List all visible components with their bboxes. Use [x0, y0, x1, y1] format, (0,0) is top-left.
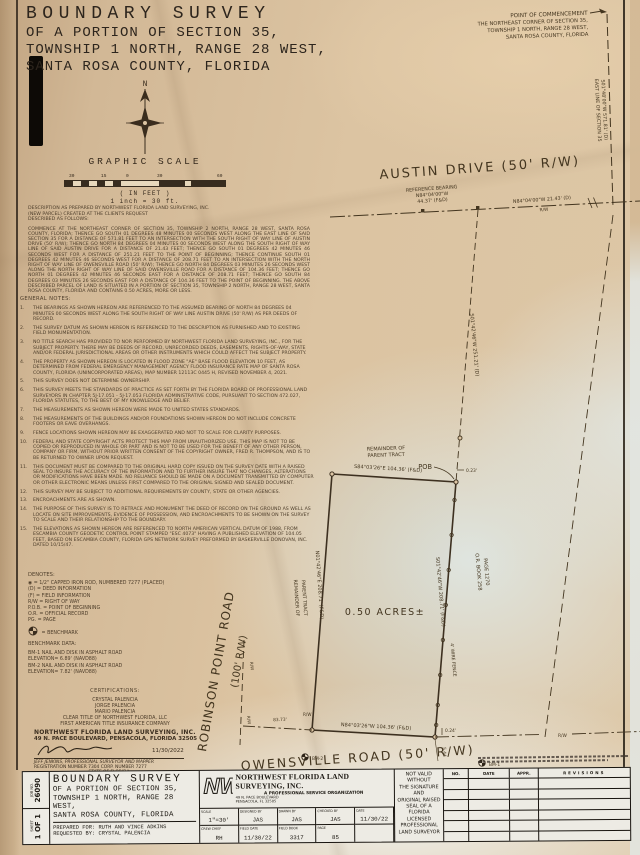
offset-bottom-label: 0.24' [445, 728, 456, 734]
pob-leader [434, 467, 454, 479]
field-label: DATE [356, 809, 364, 813]
survey-point [421, 209, 424, 212]
not-valid-line: LAND SURVEYOR [396, 829, 442, 836]
not-valid-line: SEAL OF A FLORIDA [396, 803, 442, 816]
illegible-fine-print [478, 756, 628, 762]
fields-row-2: CREW CHIEF RH FIELD DATE 11/30/22 FIELD … [200, 825, 394, 843]
field-label: SCALE [201, 810, 211, 814]
not-valid-line: THE SIGNATURE AND [396, 784, 442, 797]
requested-by: REQUESTED BY: CRYSTAL PALENCIA [53, 830, 196, 838]
rev-col-no: NO. [444, 769, 469, 778]
field-value: JAS [278, 816, 316, 823]
owensville-rw-line-east [435, 735, 540, 738]
wire-fence-label: 4' WIRE FENCE [449, 643, 458, 677]
compass-rose-icon: N [100, 76, 190, 158]
compass-north-label: N [143, 80, 148, 89]
field-cell: CHECKED BY JAS [316, 808, 355, 825]
svg-text:BM-2: BM-2 [312, 756, 323, 762]
fields-row-1: SCALE 1"=30' DESIGNED BY JAS DRAWN BY JA… [200, 808, 394, 826]
svg-text:O.R. BOOK 258: O.R. BOOK 258 [473, 553, 482, 591]
tb-line4: SANTA ROSA COUNTY, FLORIDA [53, 811, 196, 821]
rw-label: R/W [249, 662, 255, 671]
note-number: 11. [20, 465, 27, 470]
corner-monument [330, 472, 334, 476]
section-line-continuation [545, 215, 613, 737]
not-valid-line: NOT VALID WITHOUT [396, 771, 442, 784]
note-number: 2. [20, 326, 24, 331]
austin-dimension-label: N84°04'00"W 21.43' (D) [513, 195, 572, 205]
monument-found [458, 436, 462, 440]
field-value: JAS [316, 816, 354, 823]
tb-title-line: BOUNDARY SURVEY [53, 773, 196, 786]
rev-col-revisions: REVISIONS [539, 768, 630, 778]
field-value: 11/30/22 [355, 816, 393, 823]
parcel-boundary [312, 474, 456, 737]
svg-text:PARENT TRACT: PARENT TRACT [300, 580, 308, 616]
rw-label: R/W [246, 716, 252, 725]
robinson-point-road-label: ROBINSON POINT ROAD [195, 590, 237, 753]
note-number: 14. [20, 507, 27, 512]
west-line-dimension: N01°42'46"E 208.71' (F&D) [314, 550, 325, 619]
field-value: 11/30/22 [239, 834, 277, 841]
offset-top-label: 0.23' [466, 468, 477, 474]
owensville-road-label: OWENSVILLE ROAD (50' R/W) [240, 742, 475, 770]
field-label: PAGE [318, 826, 326, 830]
survey-point [476, 206, 479, 209]
remainder-label-top: REMAINDER OF PARENT TRACT [367, 445, 406, 459]
title-block-project: BOUNDARY SURVEY OF A PORTION OF SECTION … [50, 771, 200, 844]
note-number: 7. [20, 408, 24, 413]
north-line-dimension: S84°03'26"E 104.36' (F&D) [354, 464, 422, 474]
title-block: JOB NO. 26090 SHEET 1 OF 1 BOUNDARY SURV… [22, 767, 632, 845]
field-cell: CREW CHIEF RH [200, 826, 239, 843]
note-text: THIS SURVEY DOES NOT DETERMINE OWNERSHIP… [33, 379, 150, 384]
rw-label: R/W [303, 712, 311, 717]
note-number: 15. [20, 527, 27, 532]
scale-tick: 15 [101, 174, 106, 179]
note-number: 1. [20, 306, 24, 311]
tb-line2: OF A PORTION OF SECTION 35, [53, 785, 196, 795]
scale-tick: 30 [69, 174, 74, 179]
note-text: ENCROACHMENTS ARE AS SHOWN. [33, 498, 116, 503]
note-number: 10. [20, 440, 27, 445]
tb-company-addr2: PENSACOLA, FL 32505 [236, 799, 392, 804]
scale-tick: 30 [157, 174, 162, 179]
austin-drive-label: AUSTIN DRIVE (50' R/W) [379, 154, 581, 183]
job-number: 26090 [34, 778, 42, 802]
signature-rule [34, 758, 184, 759]
benchmark-symbol-icon [28, 626, 40, 636]
not-valid-notice: NOT VALID WITHOUTTHE SIGNATURE ANDORIGIN… [395, 769, 445, 841]
title-block-company: NW NORTHWEST FLORIDA LAND SURVEYING, INC… [200, 770, 395, 843]
title-block-left-cells: JOB NO. 26090 SHEET 1 OF 1 [23, 772, 51, 844]
sheet-number: 1 OF 1 [34, 814, 42, 839]
dimension-8373: 83.73' [273, 717, 287, 723]
tb-line3: TOWNSHIP 1 NORTH, RANGE 28 WEST, [53, 794, 196, 812]
sheet-left-border [16, 0, 18, 770]
remainder-label-left: REMAINDER OF PARENT TRACT [292, 579, 309, 616]
not-valid-line: PROFESSIONAL [396, 822, 442, 829]
svg-text:REMAINDER OF: REMAINDER OF [292, 579, 301, 616]
field-cell: FIELD BOOK 3317 [278, 825, 317, 842]
field-label: CREW CHIEF [201, 827, 221, 831]
rw-label: R/W [539, 207, 549, 214]
revision-row [444, 830, 630, 841]
note-number: 8. [20, 417, 24, 422]
benchmark-legend-label: = BENCHMARK [42, 631, 78, 636]
revisions-table: NO. DATE APPR. REVISIONS [444, 768, 630, 841]
corner-monument-pob [454, 480, 458, 484]
tb-company-name: NORTHWEST FLORIDA LAND SURVEYING, INC. [235, 772, 391, 791]
rev-col-appr: APPR. [510, 769, 539, 778]
field-cell: FIELD DATE 11/30/22 [239, 825, 278, 842]
field-cell: PAGE 85 [317, 825, 356, 842]
section-east-line-label: S01°48'00"W 571.81' (D) EAST LINE OF SEC… [593, 78, 609, 141]
field-cell [355, 825, 394, 842]
note-number: 9. [20, 431, 24, 436]
field-label: CHECKED BY [317, 809, 337, 813]
field-value: 1"=30' [200, 817, 238, 824]
field-cell: DESIGNED BY JAS [239, 808, 278, 825]
certifications-heading: CERTIFICATIONS: [40, 688, 190, 694]
rw-label: R/W [558, 733, 568, 739]
tie-line-label: S01°42'46"W 251.21' (D) [468, 313, 479, 377]
svg-text:PARENT TRACT: PARENT TRACT [367, 452, 405, 459]
signature-date: 11/30/2022 [152, 748, 184, 754]
note-number: 13. [20, 498, 27, 503]
field-value: 85 [317, 834, 355, 841]
note-number: 3. [20, 340, 24, 345]
reference-bearing-label: REFERENCE BEARING N84°04'00"W 44.37' (F&… [406, 184, 459, 206]
rev-col-date: DATE [469, 769, 510, 778]
field-value: RH [200, 835, 238, 842]
note-number: 6. [20, 388, 24, 393]
austin-drive-rw-line [330, 201, 640, 217]
note-number: 4. [20, 360, 24, 365]
field-value: JAS [239, 816, 277, 823]
field-label: FIELD DATE [240, 826, 258, 830]
plat-drawing: POINT OF COMMENCEMENT THE NORTHEAST CORN… [180, 0, 640, 770]
note-number: 5. [20, 379, 24, 384]
parcel-area-label: 0.50 ACRES± [345, 607, 425, 618]
certifications: CERTIFICATIONS: CRYSTAL PALENCIAJORGE PA… [40, 688, 190, 728]
nw-logo: NW [202, 773, 233, 799]
poc-label: POINT OF COMMENCEMENT THE NORTHEAST CORN… [476, 11, 589, 42]
field-label: DESIGNED BY [240, 809, 262, 813]
field-cell: DRAWN BY JAS [278, 808, 317, 825]
field-value: 3317 [278, 834, 316, 841]
svg-text:NW: NW [203, 773, 232, 798]
scale-tick: 0 [126, 174, 129, 179]
field-cell: DATE 11/30/22 [355, 808, 394, 825]
break-ticks [588, 198, 598, 209]
or-book-label: O.R. BOOK 258 PAGE 1270 [473, 553, 490, 591]
robinson-rw-width-label: (100' R/W) [230, 634, 250, 688]
field-cell: SCALE 1"=30' [200, 809, 239, 826]
section-east-line [607, 14, 613, 207]
field-label: DRAWN BY [279, 809, 296, 813]
certification-name: FIRST AMERICAN TITLE INSURANCE COMPANY [40, 722, 190, 728]
svg-text:PAGE 1270: PAGE 1270 [482, 558, 490, 586]
owensville-rw-line-west [243, 726, 312, 730]
field-label: FIELD BOOK [279, 826, 298, 830]
note-number: 12. [20, 490, 27, 495]
handwritten-signature [34, 742, 129, 758]
